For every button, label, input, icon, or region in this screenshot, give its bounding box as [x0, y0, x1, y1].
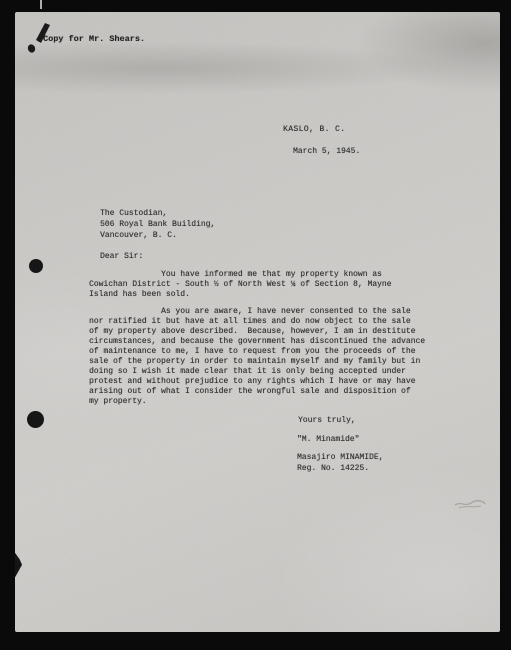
letter-page: Copy for Mr. Shears. KASLO, B. C. March …	[15, 12, 500, 632]
scan-background: Copy for Mr. Shears. KASLO, B. C. March …	[0, 0, 511, 650]
letterhead-date: March 5, 1945.	[293, 147, 360, 157]
salutation: Dear Sir:	[100, 252, 143, 262]
film-scratch	[40, 0, 42, 9]
body-paragraph-1: You have informed me that my property kn…	[89, 270, 391, 300]
signature-quote: "M. Minamide"	[297, 435, 359, 445]
copy-note: Copy for Mr. Shears.	[43, 34, 145, 44]
body-paragraph-2: As you are aware, I have never consented…	[89, 307, 425, 407]
recipient-address: The Custodian, 506 Royal Bank Building, …	[100, 209, 215, 241]
pencil-squiggle-icon	[453, 497, 487, 511]
letterhead-place: KASLO, B. C.	[283, 125, 345, 135]
valediction: Yours truly,	[298, 416, 356, 426]
signer-registration: Reg. No. 14225.	[297, 464, 369, 474]
hole-punch-bottom	[27, 411, 44, 428]
paper-edge-tear	[13, 550, 22, 577]
signer-name: Masajiro MINAMIDE,	[297, 453, 383, 463]
hole-punch-top	[29, 259, 43, 273]
